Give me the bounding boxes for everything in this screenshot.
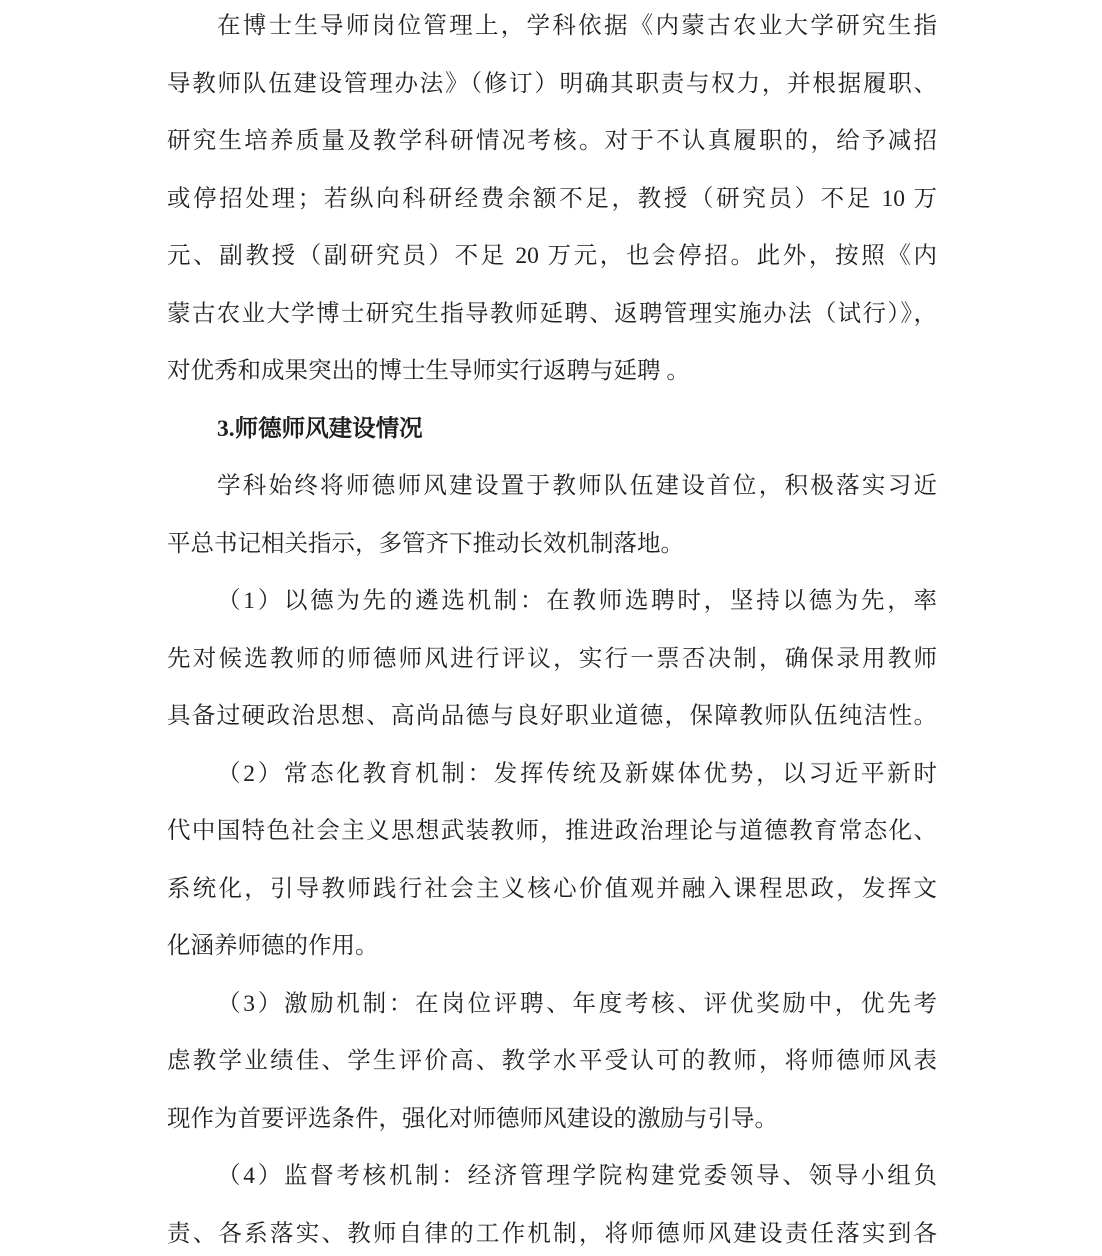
paragraph: 在博士生导师岗位管理上，学科依据《内蒙古农业大学研究生指 导教师队伍建设管理办法… [167, 0, 937, 401]
paragraph: （2）常态化教育机制：发挥传统及新媒体优势，以习近平新时 代中国特色社会主义思想… [167, 746, 937, 976]
paragraph: （4）监督考核机制：经济管理学院构建党委领导、领导小组负 责、各系落实、教师自律… [167, 1148, 937, 1256]
text-line: 元、副教授（副研究员）不足 20 万元，也会停招。此外，按照《内 [167, 228, 937, 286]
text-line: 平总书记相关指示，多管齐下推动长效机制落地。 [167, 516, 937, 574]
document-text-block: 在博士生导师岗位管理上，学科依据《内蒙古农业大学研究生指 导教师队伍建设管理办法… [167, 0, 937, 1256]
section-heading: 3.师德师风建设情况 [167, 401, 937, 459]
text-line: 现作为首要评选条件，强化对师德师风建设的激励与引导。 [167, 1091, 937, 1149]
text-line: 学科始终将师德师风建设置于教师队伍建设首位，积极落实习近 [167, 458, 937, 516]
text-line: 先对候选教师的师德师风进行评议，实行一票否决制，确保录用教师 [167, 631, 937, 689]
section-heading-text: 3.师德师风建设情况 [167, 401, 937, 459]
paragraph: 学科始终将师德师风建设置于教师队伍建设首位，积极落实习近 平总书记相关指示，多管… [167, 458, 937, 573]
text-line: 或停招处理；若纵向科研经费余额不足，教授（研究员）不足 10 万 [167, 171, 937, 229]
text-line: 具备过硬政治思想、高尚品德与良好职业道德，保障教师队伍纯洁性。 [167, 688, 937, 746]
paragraph: （1）以德为先的遴选机制：在教师选聘时，坚持以德为先，率 先对候选教师的师德师风… [167, 573, 937, 746]
text-line: 代中国特色社会主义思想武装教师，推进政治理论与道德教育常态化、 [167, 803, 937, 861]
text-line: 对优秀和成果突出的博士生导师实行返聘与延聘 。 [167, 343, 937, 401]
text-line: （2）常态化教育机制：发挥传统及新媒体优势，以习近平新时 [167, 746, 937, 804]
document-page: 在博士生导师岗位管理上，学科依据《内蒙古农业大学研究生指 导教师队伍建设管理办法… [0, 0, 1102, 1256]
text-line: 系统化，引导教师践行社会主义核心价值观并融入课程思政，发挥文 [167, 861, 937, 919]
text-line: （3）激励机制：在岗位评聘、年度考核、评优奖励中，优先考 [167, 976, 937, 1034]
text-line: 化涵养师德的作用。 [167, 918, 937, 976]
text-line: （1）以德为先的遴选机制：在教师选聘时，坚持以德为先，率 [167, 573, 937, 631]
text-line: 导教师队伍建设管理办法》（修订）明确其职责与权力，并根据履职、 [167, 56, 937, 114]
text-line: 责、各系落实、教师自律的工作机制，将师德师风建设责任落实到各 [167, 1206, 937, 1256]
text-line: 在博士生导师岗位管理上，学科依据《内蒙古农业大学研究生指 [167, 0, 937, 56]
text-line: 蒙古农业大学博士研究生指导教师延聘、返聘管理实施办法（试行）》， [167, 286, 937, 344]
paragraph: （3）激励机制：在岗位评聘、年度考核、评优奖励中，优先考 虑教学业绩佳、学生评价… [167, 976, 937, 1149]
text-line: （4）监督考核机制：经济管理学院构建党委领导、领导小组负 [167, 1148, 937, 1206]
text-line: 研究生培养质量及教学科研情况考核。对于不认真履职的，给予减招 [167, 113, 937, 171]
text-line: 虑教学业绩佳、学生评价高、教学水平受认可的教师，将师德师风表 [167, 1033, 937, 1091]
